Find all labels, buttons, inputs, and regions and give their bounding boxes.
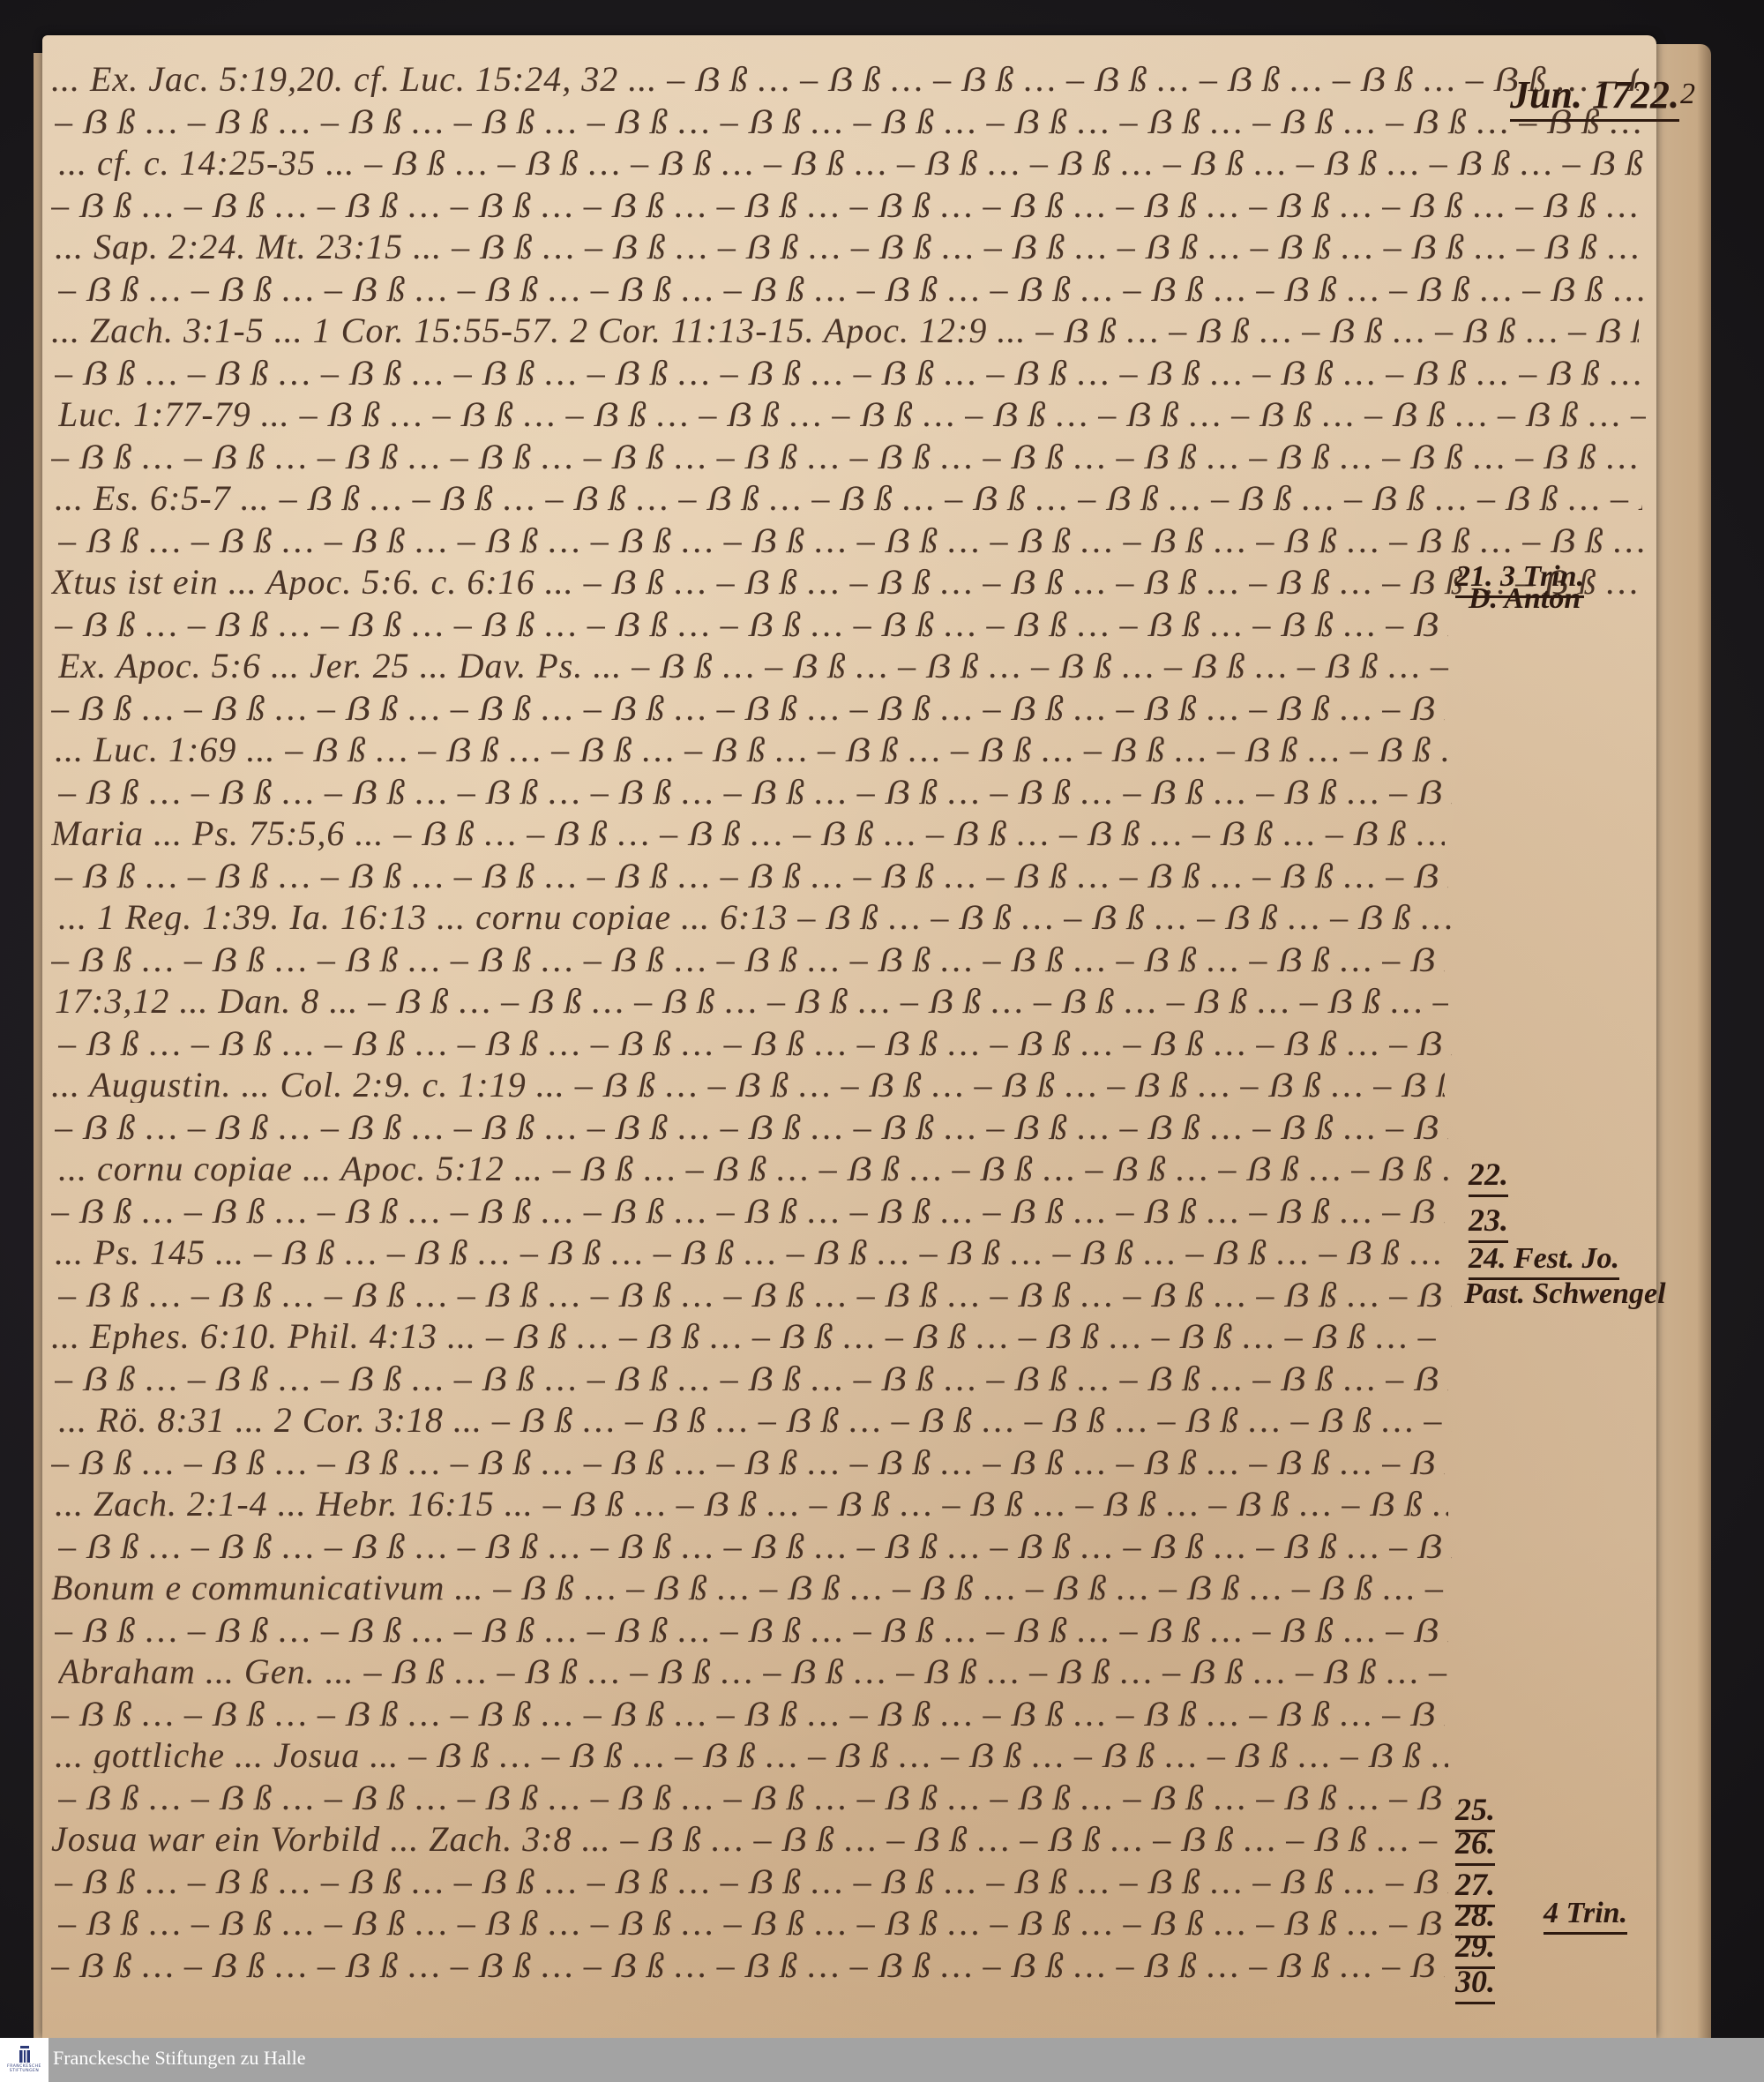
manuscript-line: – ẞ ß … – ẞ ß … – ẞ ß … – ẞ ß … – ẞ ß … … bbox=[58, 775, 1452, 810]
margin-annotation: 26. bbox=[1455, 1824, 1495, 1866]
manuscript-line: ... Augustin. ... Col. 2:9. c. 1:19 ... … bbox=[51, 1067, 1445, 1103]
margin-annotation: 23. bbox=[1469, 1202, 1508, 1243]
logo-text: FRANCKESCHESTIFTUNGEN bbox=[7, 2065, 41, 2074]
manuscript-line: ... 1 Reg. 1:39. Ia. 16:13 ... cornu cop… bbox=[58, 900, 1452, 935]
margin-annotation: 30. bbox=[1455, 1963, 1495, 2004]
manuscript-line: – ẞ ß … – ẞ ß … – ẞ ß … – ẞ ß … – ẞ ß … … bbox=[55, 1361, 1448, 1397]
manuscript-line: – ẞ ß … – ẞ ß … – ẞ ß … – ẞ ß … – ẞ ß … … bbox=[51, 1948, 1445, 1983]
margin-annotation: D. Anton bbox=[1469, 582, 1581, 616]
manuscript-line: – ẞ ß … – ẞ ß … – ẞ ß … – ẞ ß … – ẞ ß … … bbox=[55, 607, 1448, 642]
manuscript-line: ... Sap. 2:24. Mt. 23:15 ... – ẞ ß … – ẞ… bbox=[55, 229, 1642, 265]
footer-logo: FRANCKESCHESTIFTUNGEN bbox=[0, 2038, 49, 2082]
margin-annotation: 4 Trin. bbox=[1543, 1897, 1627, 1935]
manuscript-line: ... Ex. Jac. 5:19,20. cf. Luc. 15:24, 32… bbox=[51, 62, 1639, 97]
manuscript-line: Bonum e communicativum ... – ẞ ß … – ẞ ß… bbox=[51, 1570, 1445, 1606]
manuscript-line: Ex. Apoc. 5:6 ... Jer. 25 ... Dav. Ps. .… bbox=[58, 648, 1452, 684]
manuscript-line: ... cf. c. 14:25-35 ... – ẞ ß … – ẞ ß … … bbox=[58, 146, 1646, 181]
manuscript-line: 17:3,12 ... Dan. 8 ... – ẞ ß … – ẞ ß … –… bbox=[55, 984, 1448, 1019]
margin-annotation: 24. Fest. Jo. bbox=[1469, 1242, 1619, 1280]
manuscript-line: – ẞ ß … – ẞ ß … – ẞ ß … – ẞ ß … – ẞ ß … … bbox=[58, 1277, 1452, 1313]
margin-annotation: 22. bbox=[1469, 1156, 1508, 1197]
manuscript-line: – ẞ ß … – ẞ ß … – ẞ ß … – ẞ ß … – ẞ ß … … bbox=[58, 1780, 1452, 1816]
manuscript-line: – ẞ ß … – ẞ ß … – ẞ ß … – ẞ ß … – ẞ ß … … bbox=[55, 1110, 1448, 1145]
manuscript-line: ... Rö. 8:31 ... 2 Cor. 3:18 ... – ẞ ß …… bbox=[58, 1403, 1452, 1438]
manuscript-line: – ẞ ß … – ẞ ß … – ẞ ß … – ẞ ß … – ẞ ß … … bbox=[58, 1026, 1452, 1061]
manuscript-page: ... Ex. Jac. 5:19,20. cf. Luc. 15:24, 32… bbox=[42, 35, 1656, 2038]
manuscript-line: ... Ephes. 6:10. Phil. 4:13 ... – ẞ ß … … bbox=[51, 1319, 1445, 1354]
footer-title: Franckesche Stiftungen zu Halle bbox=[53, 2047, 306, 2070]
manuscript-line: ... Zach. 3:1-5 ... 1 Cor. 15:55-57. 2 C… bbox=[51, 313, 1639, 348]
manuscript-line: – ẞ ß … – ẞ ß … – ẞ ß … – ẞ ß … – ẞ ß … … bbox=[58, 523, 1646, 558]
foundation-logo-icon bbox=[18, 2046, 32, 2063]
manuscript-line: ... cornu copiae ... Apoc. 5:12 ... – ẞ … bbox=[58, 1151, 1452, 1187]
corner-page-number: 2 bbox=[1680, 78, 1695, 111]
margin-annotation: Past. Schwengel bbox=[1464, 1277, 1666, 1311]
manuscript-line: ... gottliche ... Josua ... – ẞ ß … – ẞ … bbox=[55, 1738, 1448, 1773]
manuscript-line: – ẞ ß … – ẞ ß … – ẞ ß … – ẞ ß … – ẞ ß … … bbox=[55, 858, 1448, 894]
header-date: Jun. 1722. bbox=[1510, 72, 1679, 122]
manuscript-line: ... Luc. 1:69 ... – ẞ ß … – ẞ ß … – ẞ ß … bbox=[55, 732, 1448, 768]
manuscript-line: – ẞ ß … – ẞ ß … – ẞ ß … – ẞ ß … – ẞ ß … … bbox=[51, 439, 1639, 475]
manuscript-line: – ẞ ß … – ẞ ß … – ẞ ß … – ẞ ß … – ẞ ß … … bbox=[51, 1696, 1445, 1732]
manuscript-line: – ẞ ß … – ẞ ß … – ẞ ß … – ẞ ß … – ẞ ß … … bbox=[55, 356, 1642, 391]
manuscript-line: ... Es. 6:5-7 ... – ẞ ß … – ẞ ß … – ẞ ß … bbox=[55, 481, 1642, 516]
manuscript-line: – ẞ ß … – ẞ ß … – ẞ ß … – ẞ ß … – ẞ ß … … bbox=[51, 1194, 1445, 1229]
manuscript-line: Abraham ... Gen. ... – ẞ ß … – ẞ ß … – ẞ… bbox=[58, 1654, 1452, 1689]
manuscript-line: – ẞ ß … – ẞ ß … – ẞ ß … – ẞ ß … – ẞ ß … … bbox=[58, 272, 1646, 307]
manuscript-line: – ẞ ß … – ẞ ß … – ẞ ß … – ẞ ß … – ẞ ß … … bbox=[58, 1529, 1452, 1564]
manuscript-line: – ẞ ß … – ẞ ß … – ẞ ß … – ẞ ß … – ẞ ß … … bbox=[55, 1613, 1448, 1648]
manuscript-line: – ẞ ß … – ẞ ß … – ẞ ß … – ẞ ß … – ẞ ß … … bbox=[55, 104, 1642, 139]
manuscript-line: – ẞ ß … – ẞ ß … – ẞ ß … – ẞ ß … – ẞ ß … … bbox=[51, 691, 1445, 726]
manuscript-line: Maria ... Ps. 75:5,6 ... – ẞ ß … – ẞ ß …… bbox=[51, 816, 1445, 851]
manuscript-line: ... Zach. 2:1-4 ... Hebr. 16:15 ... – ẞ … bbox=[55, 1487, 1448, 1522]
manuscript-line: – ẞ ß … – ẞ ß … – ẞ ß … – ẞ ß … – ẞ ß … … bbox=[55, 1864, 1448, 1899]
manuscript-line: – ẞ ß … – ẞ ß … – ẞ ß … – ẞ ß … – ẞ ß … … bbox=[51, 1445, 1445, 1480]
footer-bar: FRANCKESCHESTIFTUNGEN Franckesche Stiftu… bbox=[0, 2038, 1764, 2082]
manuscript-line: – ẞ ß … – ẞ ß … – ẞ ß … – ẞ ß … – ẞ ß … … bbox=[58, 1906, 1452, 1941]
manuscript-line: Xtus ist ein ... Apoc. 5:6. c. 6:16 ... … bbox=[51, 565, 1639, 600]
manuscript-line: Luc. 1:77-79 ... – ẞ ß … – ẞ ß … – ẞ ß …… bbox=[58, 397, 1646, 432]
manuscript-line: Josua war ein Vorbild ... Zach. 3:8 ... … bbox=[51, 1822, 1445, 1857]
manuscript-line: – ẞ ß … – ẞ ß … – ẞ ß … – ẞ ß … – ẞ ß … … bbox=[51, 188, 1639, 223]
manuscript-line: ... Ps. 145 ... – ẞ ß … – ẞ ß … – ẞ ß … … bbox=[55, 1235, 1448, 1270]
manuscript-line: – ẞ ß … – ẞ ß … – ẞ ß … – ẞ ß … – ẞ ß … … bbox=[51, 942, 1445, 977]
